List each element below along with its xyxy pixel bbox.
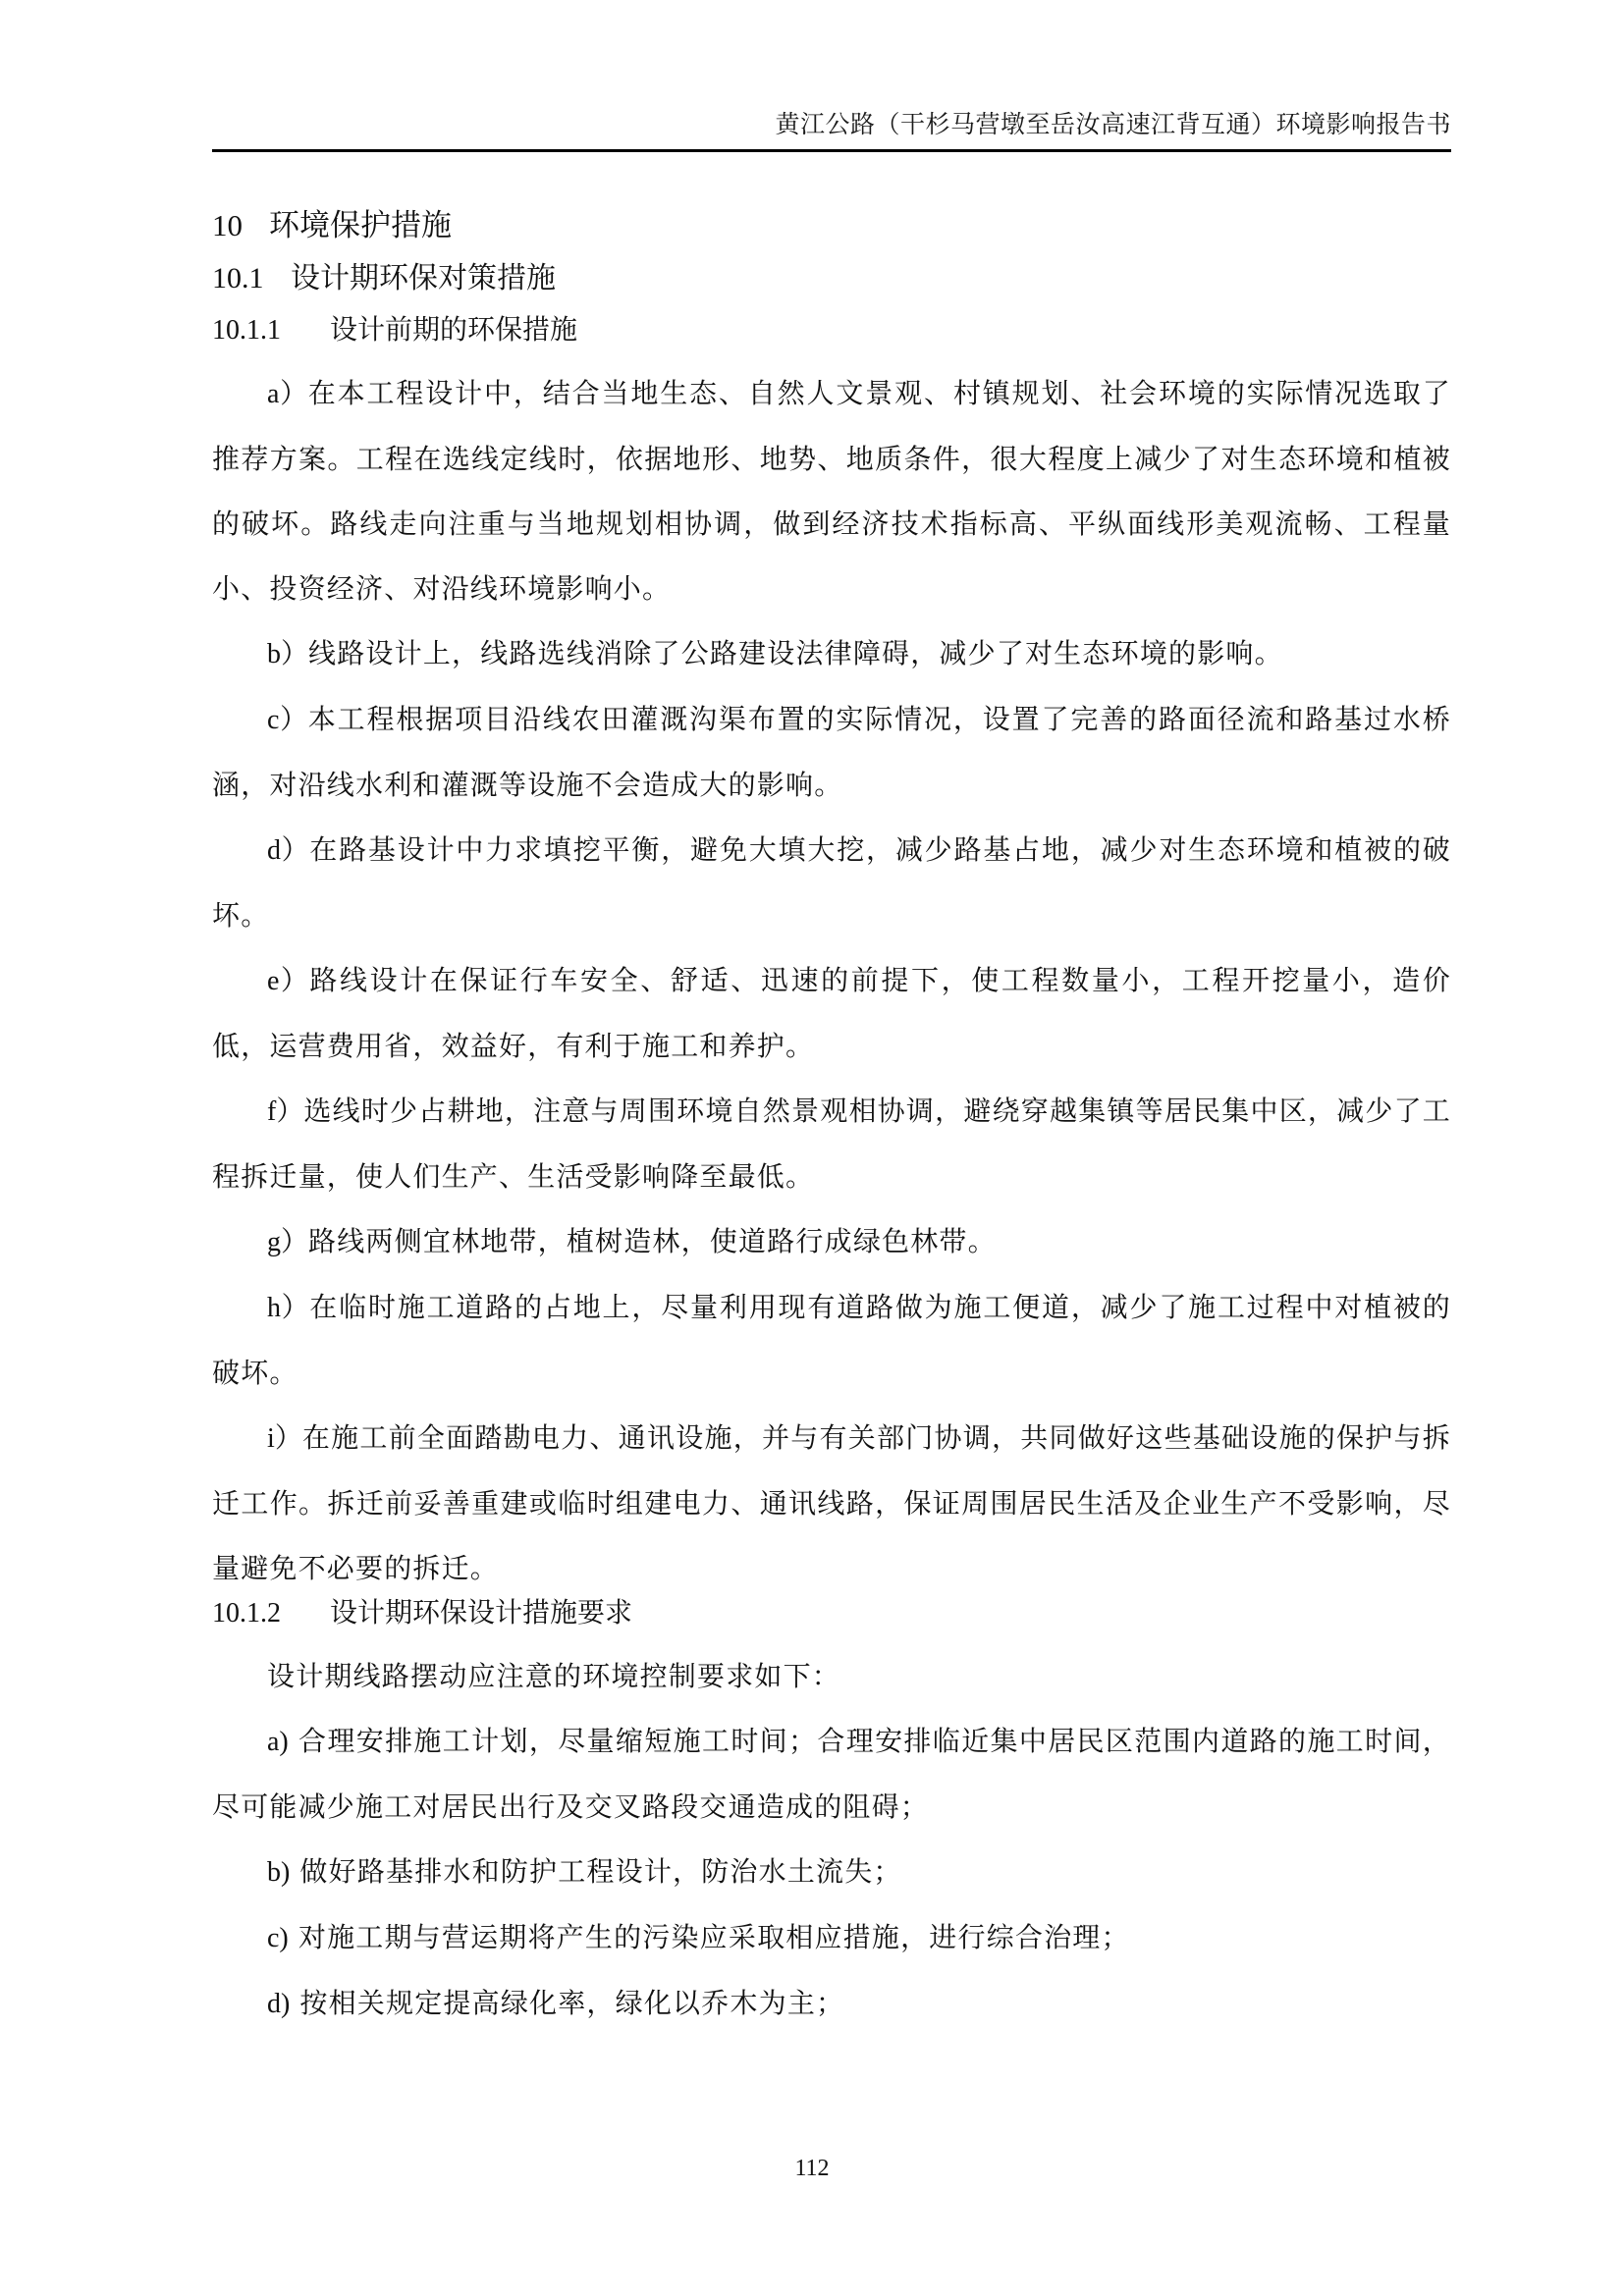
requirement-item-b: b) 做好路基排水和防护工程设计，防治水土流失；: [212, 1840, 1451, 1905]
item-text: 在本工程设计中，结合当地生态、自然人文景观、村镇规划、社会环境的实际情况选取了推…: [212, 377, 1451, 605]
intro-paragraph: 设计期线路摆动应注意的环境控制要求如下：: [212, 1644, 1451, 1709]
section-number: 10: [212, 206, 269, 245]
requirement-item-a: a) 合理安排施工计划，尽量缩短施工时间；合理安排临近集中居民区范围内道路的施工…: [212, 1709, 1451, 1840]
item-text: 按相关规定提高绿化率，绿化以乔木为主；: [290, 1987, 844, 2019]
subsubsection-number: 10.1.2: [212, 1594, 330, 1633]
item-text: 对施工期与营运期将产生的污染应采取相应措施，进行综合治理；: [289, 1921, 1130, 1953]
item-text: 在施工前全面踏勘电力、通讯设施，并与有关部门协调，共同做好这些基础设施的保护与拆…: [212, 1421, 1451, 1584]
item-text: 选线时少占耕地，注意与周围环境自然景观相协调，避绕穿越集镇等居民集中区，减少了工…: [212, 1095, 1451, 1193]
list-item-h: h）在临时施工道路的占地上，尽量利用现有道路做为施工便道，减少了施工过程中对植被…: [212, 1275, 1451, 1406]
item-marker: b）: [267, 639, 308, 669]
item-text: 本工程根据项目沿线农田灌溉沟渠布置的实际情况，设置了完善的路面径流和路基过水桥涵…: [212, 703, 1451, 801]
document-title: 黄江公路（干杉马营墩至岳汝高速江背互通）环境影响报告书: [775, 110, 1451, 139]
list-item-d: d）在路基设计中力求填挖平衡，避免大填大挖，减少路基占地，减少对生态环境和植被的…: [212, 818, 1451, 948]
item-marker: g）: [267, 1227, 308, 1257]
item-marker: d): [267, 1989, 290, 2019]
list-item-e: e）路线设计在保证行车安全、舒适、迅速的前提下，使工程数量小，工程开挖量小，造价…: [212, 948, 1451, 1079]
subsection-number: 10.1: [212, 259, 291, 298]
subsubsection-number: 10.1.1: [212, 311, 330, 350]
subsubsection-title: 设计期环保设计措施要求: [330, 1596, 632, 1629]
item-marker: a）: [267, 379, 308, 409]
header-rule: [212, 149, 1451, 152]
item-marker: a): [267, 1727, 289, 1757]
list-item-c: c）本工程根据项目沿线农田灌溉沟渠布置的实际情况，设置了完善的路面径流和路基过水…: [212, 687, 1451, 818]
item-marker: c）: [267, 705, 308, 735]
item-marker: h）: [267, 1293, 309, 1323]
item-marker: e）: [267, 966, 309, 996]
list-item-g: g）路线两侧宜林地带，植树造林，使道路行成绿色林带。: [212, 1209, 1451, 1275]
item-marker: d）: [267, 835, 309, 866]
subsection-heading: 10.1设计期环保对策措施: [212, 259, 1451, 310]
item-marker: f）: [267, 1096, 303, 1127]
item-marker: i）: [267, 1423, 302, 1454]
list-item-i: i）在施工前全面踏勘电力、通讯设施，并与有关部门协调，共同做好这些基础设施的保护…: [212, 1406, 1451, 1601]
requirement-item-d: d) 按相关规定提高绿化率，绿化以乔木为主；: [212, 1971, 1451, 2037]
subsection-title: 设计期环保对策措施: [291, 261, 556, 295]
item-text: 路线设计在保证行车安全、舒适、迅速的前提下，使工程数量小，工程开挖量小，造价低，…: [212, 964, 1451, 1062]
page-header: 黄江公路（干杉马营墩至岳汝高速江背互通）环境影响报告书: [212, 110, 1451, 153]
item-text: 合理安排施工计划，尽量缩短施工时间；合理安排临近集中居民区范围内道路的施工时间，…: [212, 1725, 1451, 1823]
section-title: 环境保护措施: [269, 208, 452, 243]
section-heading: 10环境保护措施: [212, 206, 1451, 259]
item-text: 在临时施工道路的占地上，尽量利用现有道路做为施工便道，减少了施工过程中对植被的破…: [212, 1291, 1451, 1389]
list-item-b: b）线路设计上，线路选线消除了公路建设法律障碍，减少了对生态环境的影响。: [212, 621, 1451, 687]
item-text: 做好路基排水和防护工程设计，防治水土流失；: [290, 1855, 901, 1888]
item-text: 在路基设计中力求填挖平衡，避免大填大挖，减少路基占地，减少对生态环境和植被的破坏…: [212, 833, 1451, 932]
subsubsection-heading-1: 10.1.1设计前期的环保措施: [212, 310, 1451, 361]
list-item-f: f）选线时少占耕地，注意与周围环境自然景观相协调，避绕穿越集镇等居民集中区，减少…: [212, 1079, 1451, 1209]
subsubsection-heading-2: 10.1.2设计期环保设计措施要求: [212, 1593, 1451, 1644]
list-item-a: a）在本工程设计中，结合当地生态、自然人文景观、村镇规划、社会环境的实际情况选取…: [212, 361, 1451, 621]
subsubsection-title: 设计前期的环保措施: [330, 313, 577, 346]
item-text: 线路设计上，线路选线消除了公路建设法律障碍，减少了对生态环境的影响。: [308, 637, 1283, 669]
item-marker: b): [267, 1857, 290, 1888]
page-body: 10环境保护措施 10.1设计期环保对策措施 10.1.1设计前期的环保措施 a…: [212, 206, 1451, 2037]
page-number: 112: [0, 2155, 1624, 2182]
item-text: 路线两侧宜林地带，植树造林，使道路行成绿色林带。: [308, 1225, 997, 1257]
requirement-item-c: c) 对施工期与营运期将产生的污染应采取相应措施，进行综合治理；: [212, 1905, 1451, 1971]
item-marker: c): [267, 1923, 289, 1953]
